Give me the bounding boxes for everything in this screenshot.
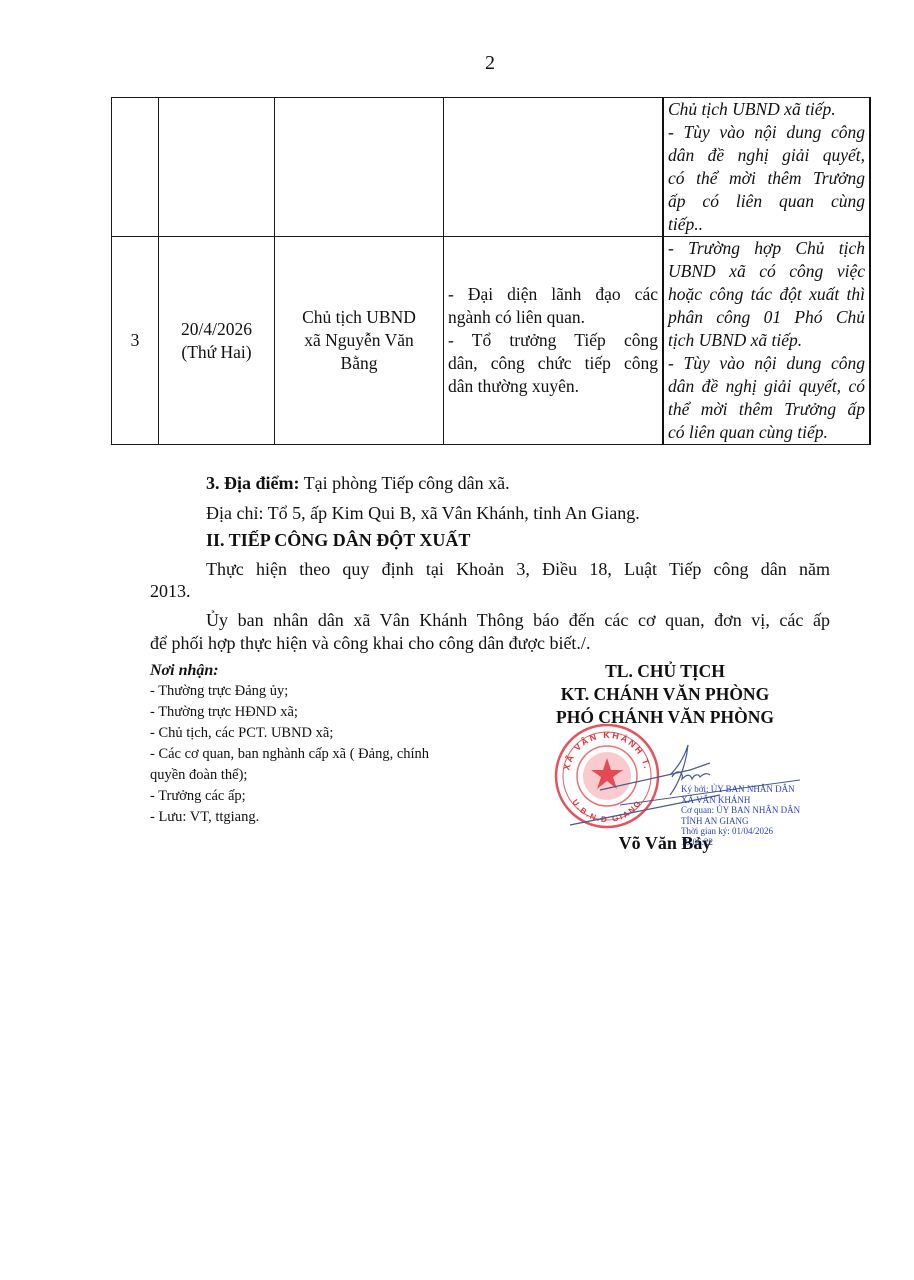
recipient-item: quyền đoàn thể);: [150, 765, 500, 786]
recipients-title: Nơi nhận:: [150, 660, 500, 681]
recipients-block: Nơi nhận: - Thường trực Đảng ủy; - Thườn…: [150, 660, 500, 828]
table-row: 3 20/4/2026 (Thứ Hai) Chủ tịch UBND xã N…: [112, 237, 871, 445]
recipient-item: - Các cơ quan, ban nghành cấp xã ( Đảng,…: [150, 744, 500, 765]
table-row: Chủ tịch UBND xã tiếp. - Tùy vào nội dun…: [112, 98, 871, 237]
notice-line2: để phối hợp thực hiện và công khai cho c…: [150, 630, 830, 657]
cell-date: 20/4/2026 (Thứ Hai): [159, 237, 275, 445]
cell-host: [275, 98, 444, 237]
recipient-item: - Thường trực HĐND xã;: [150, 702, 500, 723]
signer-name: Võ Văn Bảy: [560, 833, 770, 854]
cell-notes: Chủ tịch UBND xã tiếp. - Tùy vào nội dun…: [663, 98, 870, 237]
recipient-item: - Trưởng các ấp;: [150, 786, 500, 807]
cell-notes: - Trường hợp Chủ tịch UBND xã có công vi…: [663, 237, 870, 445]
section-paragraph-line2: 2013.: [150, 578, 830, 605]
section-heading: II. TIẾP CÔNG DÂN ĐỘT XUẤT: [150, 527, 830, 554]
location-line: 3. Địa điểm: Tại phòng Tiếp công dân xã.: [150, 470, 830, 497]
cell-host: Chủ tịch UBND xã Nguyễn Văn Bằng: [275, 237, 444, 445]
recipient-item: - Thường trực Đảng ủy;: [150, 681, 500, 702]
recipient-item: - Lưu: VT, ttgiang.: [150, 807, 500, 828]
cell-date: [159, 98, 275, 237]
cell-participants: [444, 98, 664, 237]
cell-participants: - Đại diện lãnh đạo các ngành có liên qu…: [444, 237, 664, 445]
page-number: 2: [0, 52, 914, 75]
signature-titles: TL. CHỦ TỊCH KT. CHÁNH VĂN PHÒNG PHÓ CHÁ…: [520, 660, 810, 729]
address-line: Địa chỉ: Tổ 5, ấp Kim Qui B, xã Vân Khán…: [150, 500, 830, 527]
schedule-table: Chủ tịch UBND xã tiếp. - Tùy vào nội dun…: [111, 97, 871, 445]
recipient-item: - Chủ tịch, các PCT. UBND xã;: [150, 723, 500, 744]
cell-index: 3: [112, 237, 159, 445]
cell-index: [112, 98, 159, 237]
